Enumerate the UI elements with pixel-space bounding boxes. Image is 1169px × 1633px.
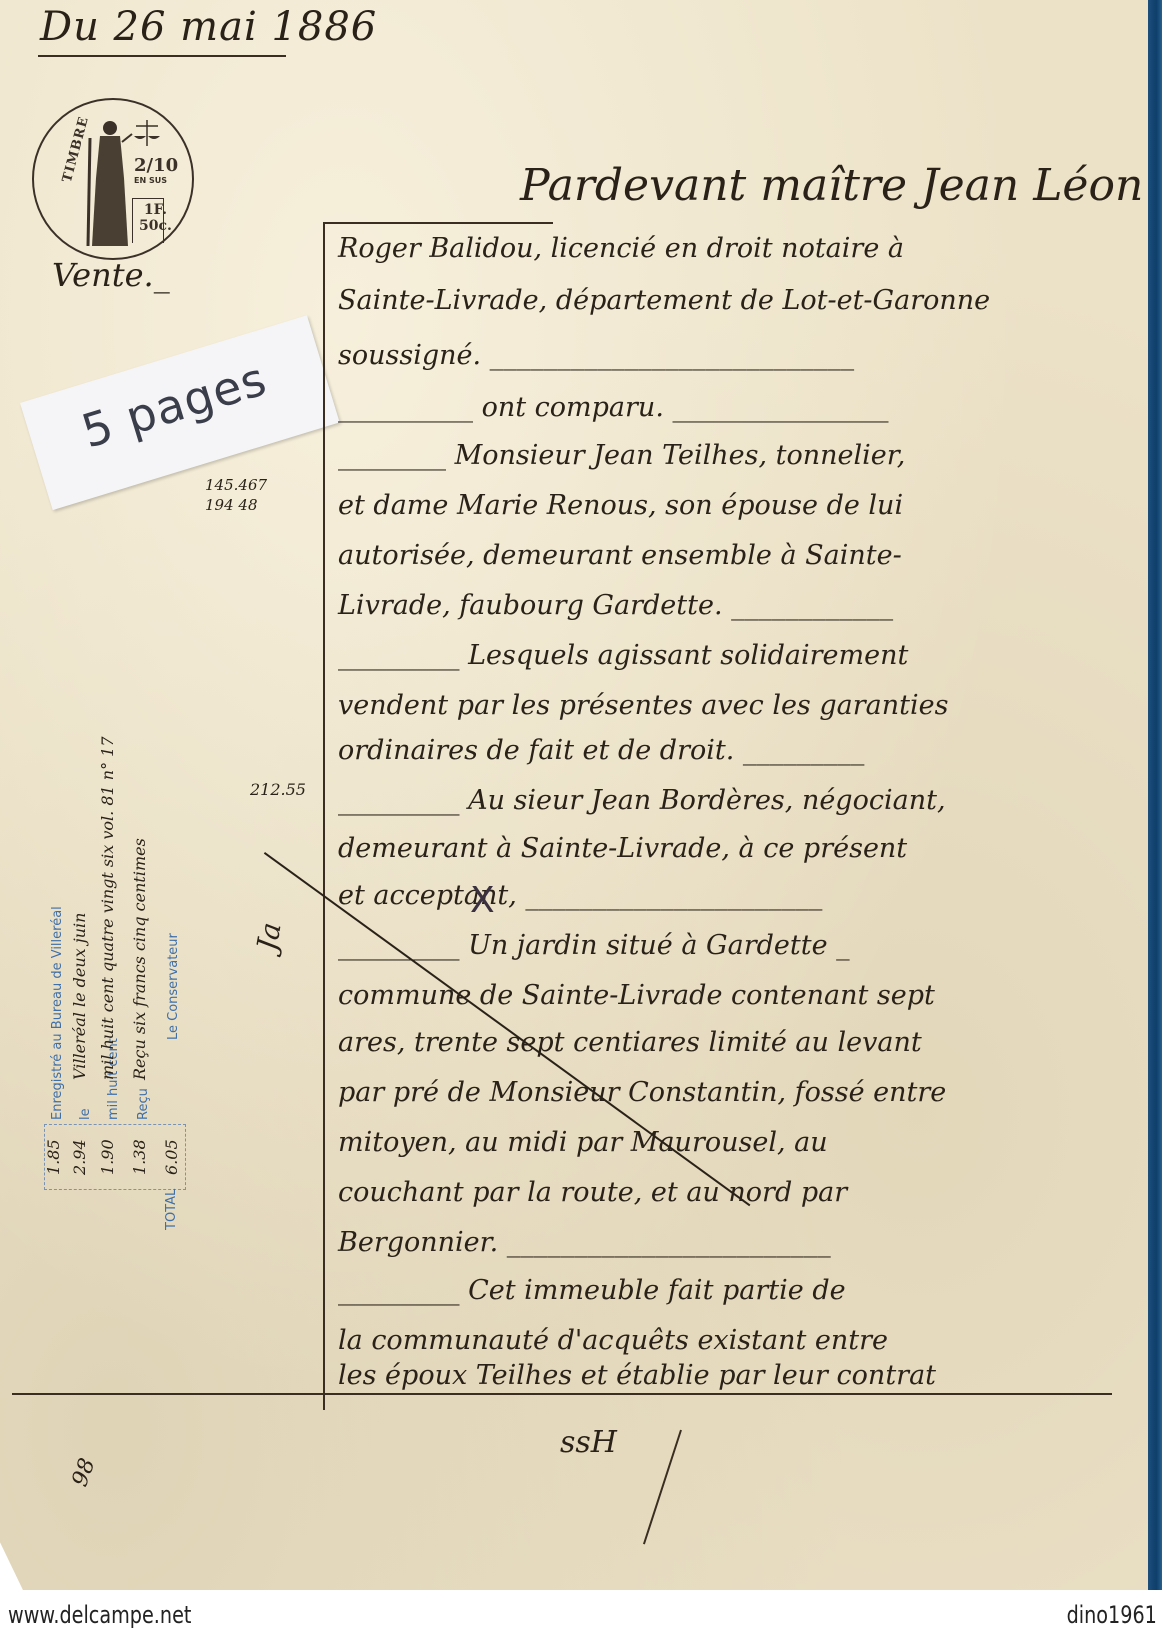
date-underline (38, 55, 286, 57)
margin-number: 194 48 (205, 495, 267, 515)
watermark-bar: www.delcampe.net dino1961 (0, 1593, 1169, 1633)
reg-amount: 1.90 (98, 1139, 117, 1175)
reg-amount: 1.85 (44, 1139, 63, 1175)
body-line: ordinaires de fait et de droit. ________… (338, 735, 864, 766)
body-line: Bergonnier. ________________________ (338, 1227, 831, 1258)
reg-amount: 1.38 (130, 1139, 149, 1175)
margin-reference-numbers: 145.467 194 48 (205, 475, 267, 515)
registration-stamp: Enregistré au Bureau de Villeréal le mil… (40, 770, 240, 1230)
scales-icon (132, 118, 162, 148)
document-page: Du 26 mai 1886 TIMBRE 2/10 EN SUS 1F. 50… (0, 0, 1148, 1590)
reg-handwritten-line: Reçu six francs cinq centimes (130, 838, 149, 1080)
notary-initials: ssH (560, 1425, 617, 1460)
body-line: demeurant à Sainte-Livrade, à ce présent (338, 833, 907, 864)
body-line: couchant par la route, et au nord par (338, 1177, 847, 1208)
body-line: _________ Cet immeuble fait partie de (338, 1275, 846, 1306)
body-line-opening: Pardevant maître Jean Léon (520, 160, 1143, 211)
body-line: ________ Monsieur Jean Teilhes, tonnelie… (338, 440, 905, 471)
reg-printed-line: Reçu (136, 1088, 151, 1120)
reg-printed-line: Le Conservateur (166, 933, 181, 1040)
body-line: Roger Balidou, licencié en droit notaire… (338, 233, 904, 264)
body-line: __________ ont comparu. ________________ (338, 392, 888, 423)
blue-binding-edge (1148, 0, 1162, 1590)
body-line: la communauté d'acquêts existant entre (338, 1325, 888, 1356)
body-line: commune de Sainte-Livrade contenant sept (338, 980, 935, 1011)
body-line: vendent par les présentes avec les garan… (338, 690, 948, 721)
watermark-site: www.delcampe.net (8, 1601, 191, 1629)
margin-number: 145.467 (205, 475, 267, 495)
stamp-value-francs: 1F. (139, 202, 172, 218)
body-line: _________ Lesquels agissant solidairemen… (338, 640, 908, 671)
reg-total-amount: 6.05 (162, 1139, 181, 1175)
page-count-note: 5 pages (20, 315, 340, 510)
body-line: soussigné. ___________________________ (338, 340, 854, 371)
frame-left-rule (323, 222, 325, 1410)
body-line: Sainte-Livrade, département de Lot-et-Ga… (338, 285, 990, 316)
watermark-seller: dino1961 (1067, 1601, 1157, 1629)
stamp-value-bottom: 1F. 50c. (139, 202, 172, 234)
frame-bottom-rule (12, 1393, 1112, 1395)
x-mark: X (470, 880, 495, 921)
margin-title: Vente._ (52, 256, 170, 294)
registration-paraph: Ja (250, 920, 287, 953)
body-line: par pré de Monsieur Constantin, fossé en… (338, 1077, 946, 1108)
reg-printed-line: le (78, 1108, 93, 1120)
body-line: autorisée, demeurant ensemble à Sainte- (338, 540, 902, 571)
body-line: les époux Teilhes et établie par leur co… (338, 1360, 936, 1391)
stamp-value-centimes: 50c. (139, 218, 172, 234)
reg-handwritten-line: mil huit cent quatre vingt six vol. 81 n… (98, 736, 117, 1080)
reg-amount: 2.94 (70, 1139, 89, 1175)
frame-top-rule (323, 222, 553, 224)
justice-figure-icon (86, 118, 136, 248)
body-line: mitoyen, au midi par Maurousel, au (338, 1127, 828, 1158)
body-line: ares, trente sept centiares limité au le… (338, 1027, 922, 1058)
body-line: et dame Marie Renous, son épouse de lui (338, 490, 903, 521)
body-line: et acceptant, ______________________ (338, 880, 822, 911)
signature-stroke (643, 1430, 682, 1545)
reg-total-label: TOTAL (164, 1189, 179, 1230)
folio-mark: 98 (67, 1455, 100, 1490)
body-line: _________ Au sieur Jean Bordères, négoci… (338, 785, 946, 816)
stamp-value-top: 2/10 (134, 155, 178, 176)
page-count-text: 5 pages (76, 351, 273, 458)
stamp-value-sub: EN SUS (134, 176, 167, 185)
body-line: Livrade, faubourg Gardette. ____________ (338, 590, 893, 621)
margin-amount: 212.55 (250, 780, 306, 799)
body-line: _________ Un jardin situé à Gardette _ (338, 930, 850, 961)
reg-handwritten-line: Villeréal le deux juin (70, 913, 89, 1080)
timbre-stamp: TIMBRE 2/10 EN SUS 1F. 50c. (32, 98, 194, 260)
reg-printed-line: Enregistré au Bureau de Villeréal (50, 906, 65, 1120)
date-header: Du 26 mai 1886 (40, 4, 377, 50)
